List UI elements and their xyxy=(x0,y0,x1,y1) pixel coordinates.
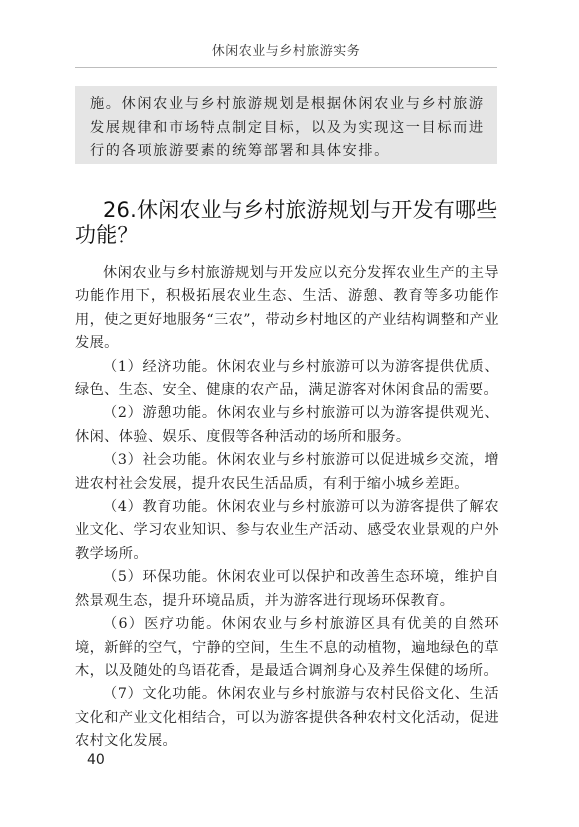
callout-text: 施。休闲农业与乡村旅游规划是根据休闲农业与乡村旅游发展规律和市场特点制定目标，以… xyxy=(90,96,485,159)
function-culture-paragraph: （7）文化功能。休闲农业与乡村旅游与农村民俗文化、生活文化和产业文化相结合，可以… xyxy=(75,683,499,753)
function-environment-paragraph: （5）环保功能。休闲农业可以保护和改善生态环境，维护自然景观生态，提升环境品质，… xyxy=(75,566,499,613)
running-header-title: 休闲农业与乡村旅游实务 xyxy=(75,40,497,59)
callout-box: 施。休闲农业与乡村旅游规划是根据休闲农业与乡村旅游发展规律和市场特点制定目标，以… xyxy=(75,86,497,164)
page-number: 40 xyxy=(87,752,105,768)
function-recreation-paragraph: （2）游憩功能。休闲农业与乡村旅游可以为游客提供观光、休闲、体验、娱乐、度假等各… xyxy=(75,402,499,449)
header-divider xyxy=(75,67,497,68)
section-title: 26.休闲农业与乡村旅游规划与开发有哪些功能？ xyxy=(75,198,505,248)
function-medical-paragraph: （6）医疗功能。休闲农业与乡村旅游区具有优美的自然环境，新鲜的空气，宁静的空间，… xyxy=(75,613,499,683)
intro-paragraph: 休闲农业与乡村旅游规划与开发应以充分发挥农业生产的主导功能作用下，积极拓展农业生… xyxy=(75,262,499,356)
body-text: 休闲农业与乡村旅游规划与开发应以充分发挥农业生产的主导功能作用下，积极拓展农业生… xyxy=(75,262,499,754)
function-education-paragraph: （4）教育功能。休闲农业与乡村旅游可以为游客提供了解农业文化、学习农业知识、参与… xyxy=(75,496,499,566)
function-social-paragraph: （3）社会功能。休闲农业与乡村旅游可以促进城乡交流，增进农村社会发展，提升农民生… xyxy=(75,449,499,496)
function-economic-paragraph: （1）经济功能。休闲农业与乡村旅游可以为游客提供优质、绿色、生态、安全、健康的农… xyxy=(75,356,499,403)
